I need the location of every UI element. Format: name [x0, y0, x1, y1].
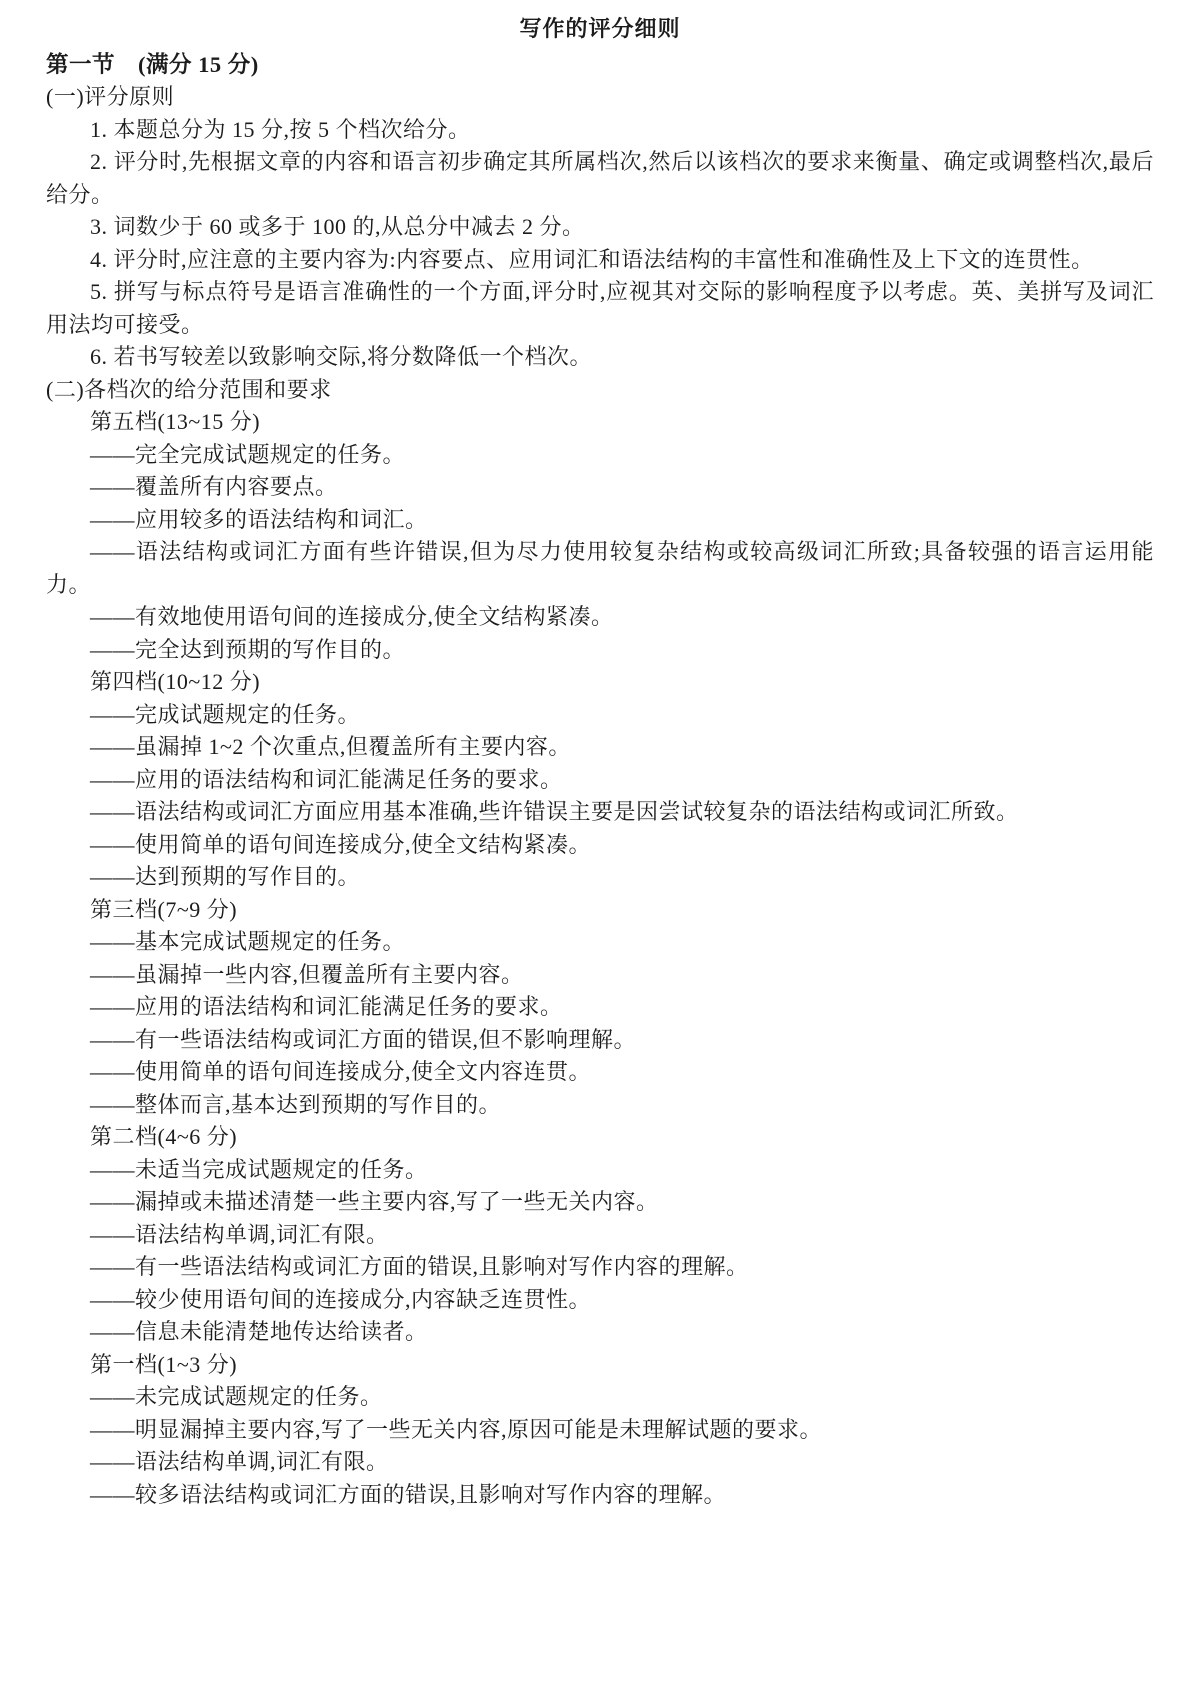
band-point: ——未适当完成试题规定的任务。 [46, 1154, 1154, 1187]
band-point: ——未完成试题规定的任务。 [46, 1381, 1154, 1414]
band-point: ——完成试题规定的任务。 [46, 699, 1154, 732]
band-point: ——语法结构单调,词汇有限。 [46, 1219, 1154, 1252]
band-heading: 第五档(13~15 分) [46, 406, 1154, 439]
band-point: ——有一些语法结构或词汇方面的错误,且影响对写作内容的理解。 [46, 1251, 1154, 1284]
band-point: ——使用简单的语句间连接成分,使全文内容连贯。 [46, 1056, 1154, 1089]
band-point: ——达到预期的写作目的。 [46, 861, 1154, 894]
band-heading: 第三档(7~9 分) [46, 894, 1154, 927]
band-point: ——应用较多的语法结构和词汇。 [46, 504, 1154, 537]
page-title: 写作的评分细则 [46, 12, 1154, 46]
band-point: ——语法结构或词汇方面应用基本准确,些许错误主要是因尝试较复杂的语法结构或词汇所… [46, 796, 1154, 829]
band-point: ——完全完成试题规定的任务。 [46, 439, 1154, 472]
score-bands-list: 第五档(13~15 分)——完全完成试题规定的任务。——覆盖所有内容要点。——应… [46, 406, 1154, 1511]
band-point: ——较多语法结构或词汇方面的错误,且影响对写作内容的理解。 [46, 1479, 1154, 1512]
principle-item: 3. 词数少于 60 或多于 100 的,从总分中减去 2 分。 [46, 211, 1154, 244]
principle-item: 4. 评分时,应注意的主要内容为:内容要点、应用词汇和语法结构的丰富性和准确性及… [46, 244, 1154, 277]
band-point: ——有效地使用语句间的连接成分,使全文结构紧凑。 [46, 601, 1154, 634]
principle-item: 5. 拼写与标点符号是语言准确性的一个方面,评分时,应视其对交际的影响程度予以考… [46, 276, 1154, 341]
part-1-heading: (一)评分原则 [46, 81, 1154, 114]
band-heading: 第一档(1~3 分) [46, 1349, 1154, 1382]
band-point: ——整体而言,基本达到预期的写作目的。 [46, 1089, 1154, 1122]
band-point: ——漏掉或未描述清楚一些主要内容,写了一些无关内容。 [46, 1186, 1154, 1219]
band-point: ——语法结构或词汇方面有些许错误,但为尽力使用较复杂结构或较高级词汇所致;具备较… [46, 536, 1154, 601]
band-point: ——完全达到预期的写作目的。 [46, 634, 1154, 667]
band-point: ——应用的语法结构和词汇能满足任务的要求。 [46, 764, 1154, 797]
document-page: 写作的评分细则 第一节 (满分 15 分) (一)评分原则 1. 本题总分为 1… [0, 0, 1200, 1706]
band-point: ——虽漏掉一些内容,但覆盖所有主要内容。 [46, 959, 1154, 992]
band-heading: 第二档(4~6 分) [46, 1121, 1154, 1154]
band-heading: 第四档(10~12 分) [46, 666, 1154, 699]
band-point: ——有一些语法结构或词汇方面的错误,但不影响理解。 [46, 1024, 1154, 1057]
band-point: ——明显漏掉主要内容,写了一些无关内容,原因可能是未理解试题的要求。 [46, 1414, 1154, 1447]
band-point: ——覆盖所有内容要点。 [46, 471, 1154, 504]
band-point: ——较少使用语句间的连接成分,内容缺乏连贯性。 [46, 1284, 1154, 1317]
part-2-heading: (二)各档次的给分范围和要求 [46, 374, 1154, 407]
section-heading: 第一节 (满分 15 分) [46, 48, 1154, 81]
principle-item: 1. 本题总分为 15 分,按 5 个档次给分。 [46, 114, 1154, 147]
band-point: ——基本完成试题规定的任务。 [46, 926, 1154, 959]
band-point: ——信息未能清楚地传达给读者。 [46, 1316, 1154, 1349]
principle-item: 6. 若书写较差以致影响交际,将分数降低一个档次。 [46, 341, 1154, 374]
principle-item: 2. 评分时,先根据文章的内容和语言初步确定其所属档次,然后以该档次的要求来衡量… [46, 146, 1154, 211]
band-point: ——应用的语法结构和词汇能满足任务的要求。 [46, 991, 1154, 1024]
scoring-principles-list: 1. 本题总分为 15 分,按 5 个档次给分。2. 评分时,先根据文章的内容和… [46, 114, 1154, 374]
band-point: ——虽漏掉 1~2 个次重点,但覆盖所有主要内容。 [46, 731, 1154, 764]
band-point: ——使用简单的语句间连接成分,使全文结构紧凑。 [46, 829, 1154, 862]
band-point: ——语法结构单调,词汇有限。 [46, 1446, 1154, 1479]
